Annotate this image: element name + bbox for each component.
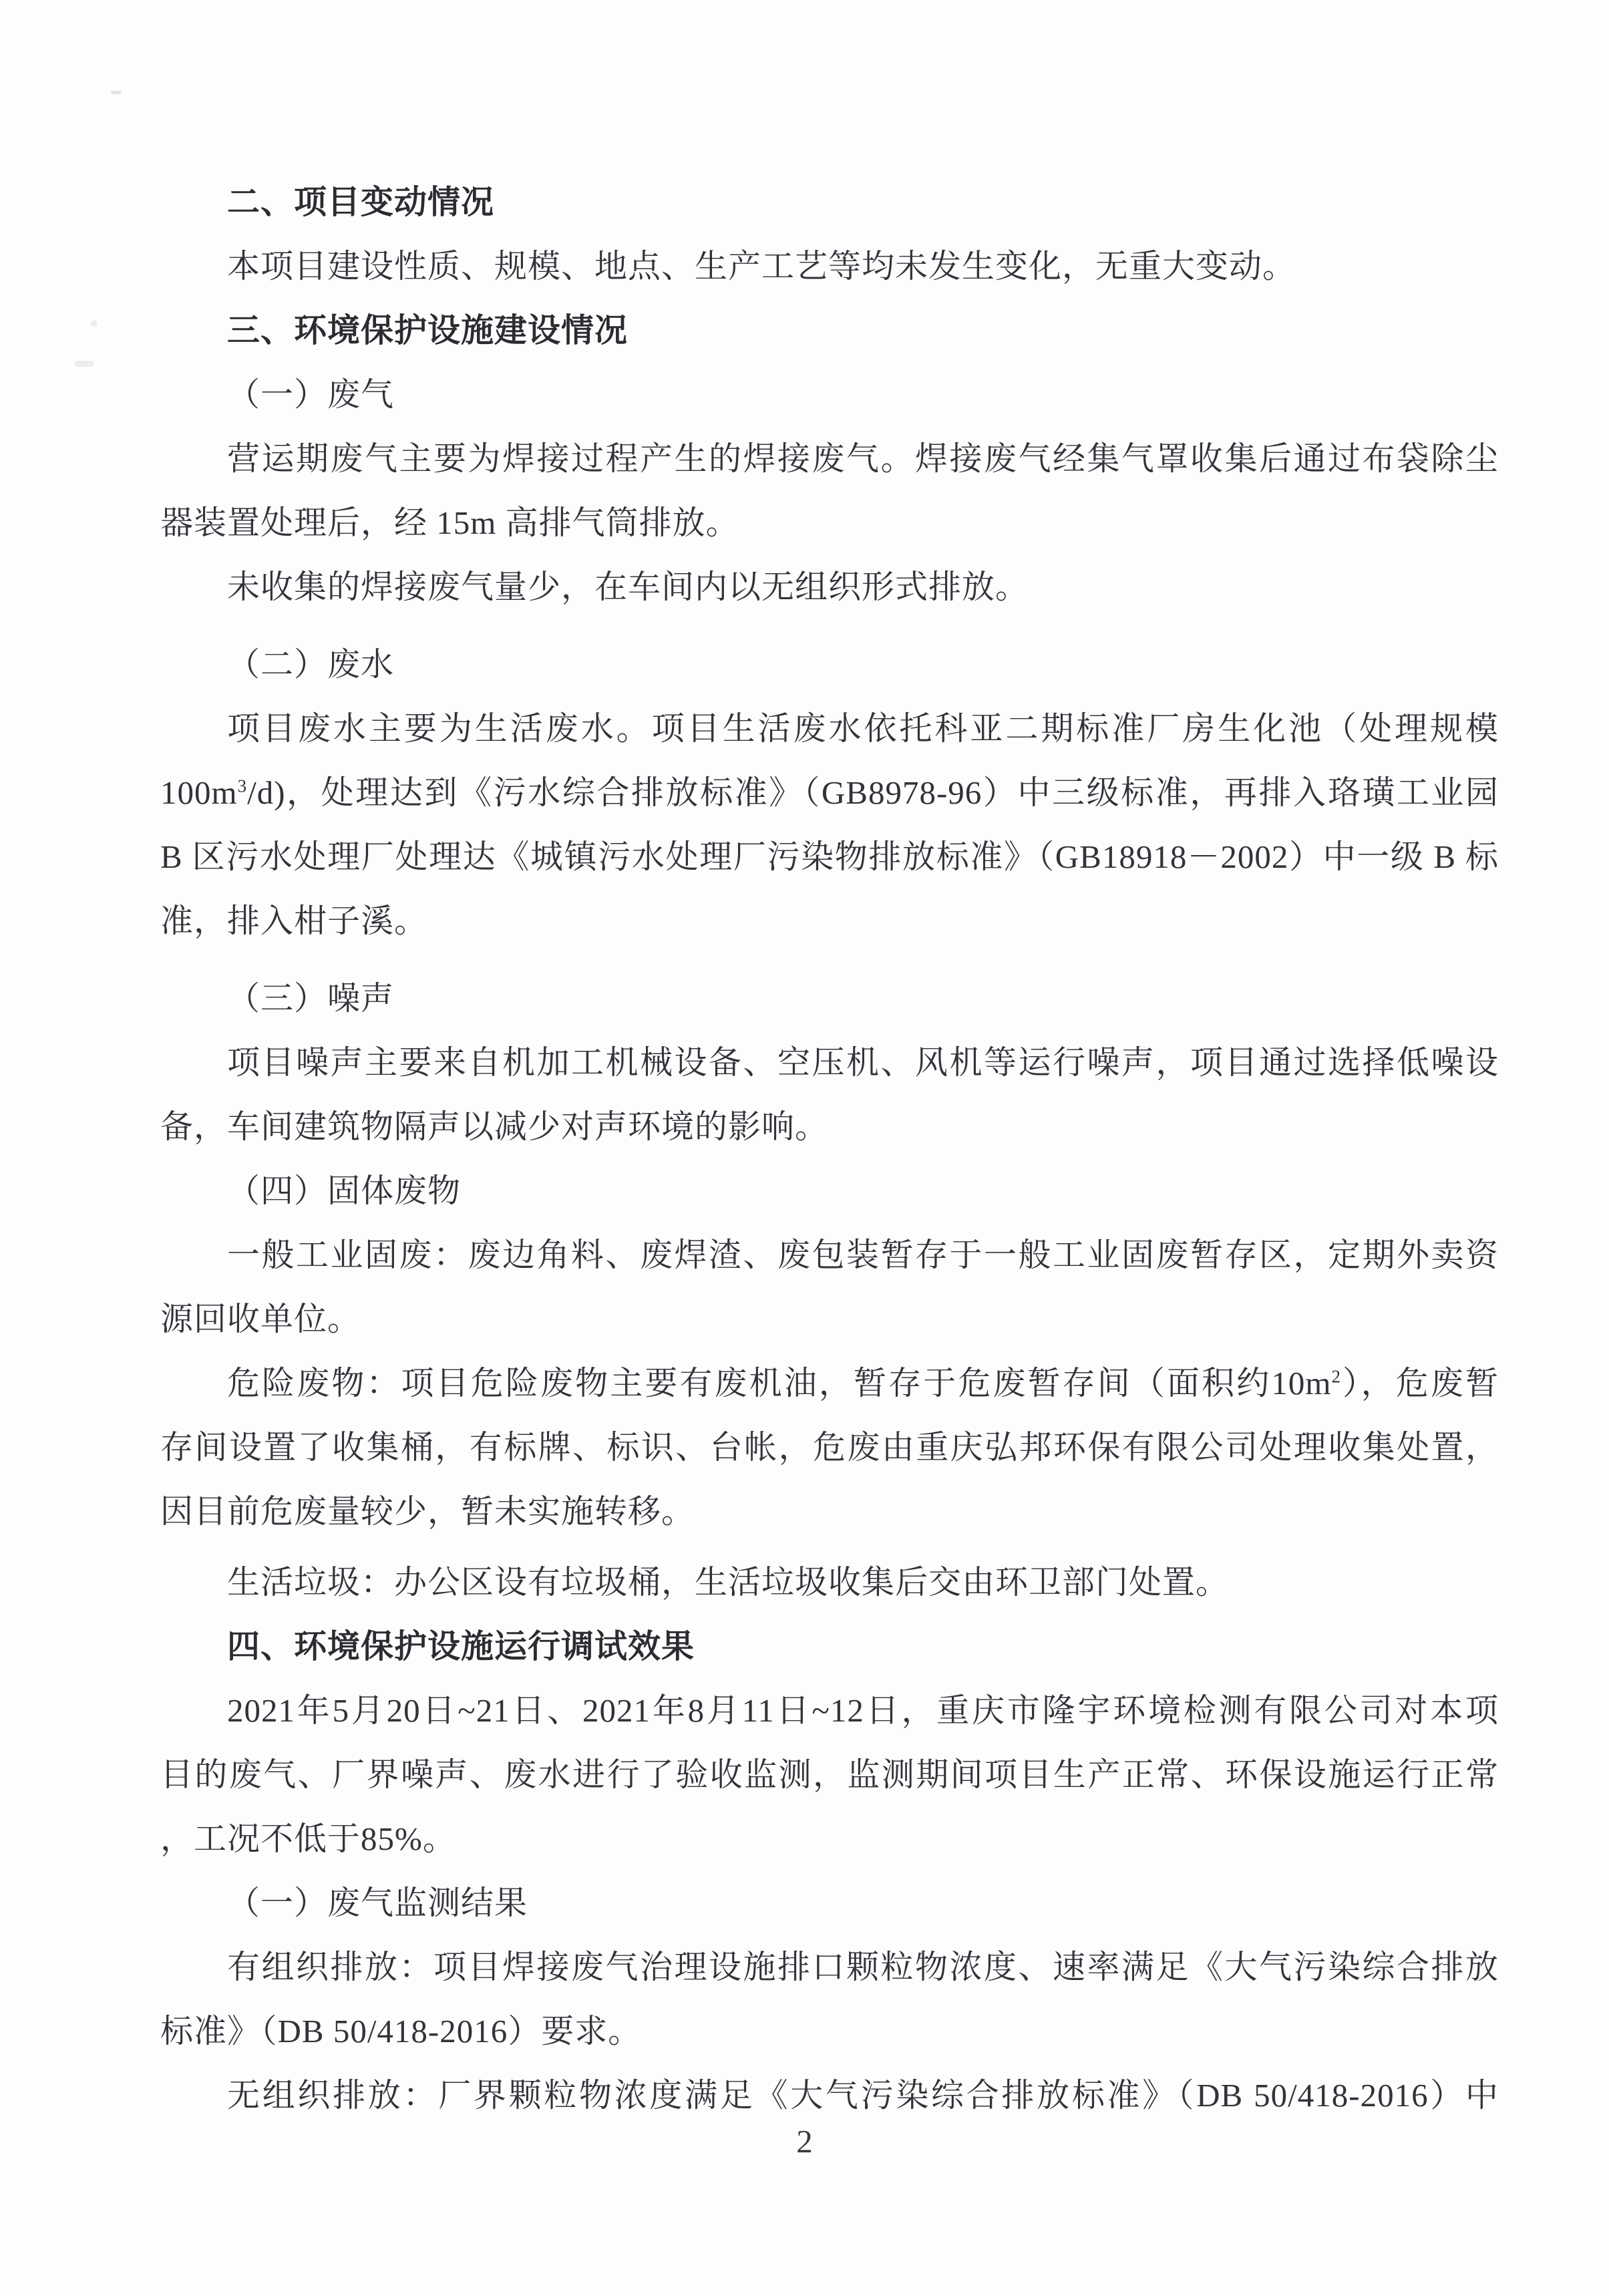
document-body: 二、项目变动情况本项目建设性质、规模、地点、生产工艺等均未发生变化，无重大变动。…	[0, 170, 1609, 2128]
paragraph-line: 项目噪声主要来自机加工机械设备、空压机、风机等运行噪声，项目通过选择低噪设	[160, 1031, 1499, 1095]
paragraph-line: 有组织排放：项目焊接废气治理设施排口颗粒物浓度、速率满足《大气污染综合排放	[160, 1935, 1499, 1999]
paragraph-line: 生活垃圾：办公区设有垃圾桶，生活垃圾收集后交由环卫部门处置。	[160, 1550, 1499, 1615]
paragraph-line: 标准》（DB 50/418-2016）要求。	[160, 1999, 1499, 2064]
section-heading-3: 三、环境保护设施建设情况	[160, 299, 1499, 363]
paragraph-line: 本项目建设性质、规模、地点、生产工艺等均未发生变化，无重大变动。	[160, 234, 1499, 299]
paragraph-line: 目的废气、厂界噪声、废水进行了验收监测，监测期间项目生产正常、环保设施运行正常	[160, 1743, 1499, 1807]
paragraph-line: 备，车间建筑物隔声以减少对声环境的影响。	[160, 1095, 1499, 1159]
subsection-heading-noise: （三）噪声	[160, 967, 1499, 1031]
paragraph-line: 准，排入柑子溪。	[160, 889, 1499, 953]
section-heading-2: 二、项目变动情况	[160, 170, 1499, 234]
subsection-heading-waste-water: （二）废水	[160, 633, 1499, 697]
subsection-heading-solid-waste: （四）固体废物	[160, 1159, 1499, 1223]
scanned-document-page: 二、项目变动情况本项目建设性质、规模、地点、生产工艺等均未发生变化，无重大变动。…	[0, 0, 1609, 2296]
paragraph-line: 100m3/d)，处理达到《污水综合排放标准》（GB8978-96）中三级标准，…	[160, 761, 1499, 825]
paragraph-line: B 区污水处理厂处理达《城镇污水处理厂污染物排放标准》（GB18918－2002…	[160, 825, 1499, 889]
page-number: 2	[0, 2110, 1609, 2174]
paragraph-line: ，工况不低于85%。	[160, 1807, 1499, 1871]
paragraph-line: 器装置处理后，经 15m 高排气筒排放。	[160, 491, 1499, 555]
paragraph-line: 危险废物：项目危险废物主要有废机油，暂存于危废暂存间（面积约10m2），危废暂	[160, 1351, 1499, 1416]
paragraph-line: 一般工业固废：废边角料、废焊渣、废包装暂存于一般工业固废暂存区，定期外卖资	[160, 1223, 1499, 1287]
section-heading-4: 四、环境保护设施运行调试效果	[160, 1615, 1499, 1679]
subsection-heading-gas-results: （一）废气监测结果	[160, 1871, 1499, 1935]
paragraph-line: 存间设置了收集桶，有标牌、标识、台帐，危废由重庆弘邦环保有限公司处理收集处置，	[160, 1416, 1499, 1480]
paragraph-line: 2021年5月20日~21日、2021年8月11日~12日，重庆市隆宇环境检测有…	[160, 1679, 1499, 1743]
scan-artifact	[111, 91, 122, 94]
subsection-heading-waste-gas: （一）废气	[160, 363, 1499, 427]
paragraph-line: 项目废水主要为生活废水。项目生活废水依托科亚二期标准厂房生化池（处理规模	[160, 697, 1499, 761]
paragraph-line: 因目前危废量较少，暂未实施转移。	[160, 1480, 1499, 1544]
paragraph-line: 源回收单位。	[160, 1287, 1499, 1351]
paragraph-line: 未收集的焊接废气量少，在车间内以无组织形式排放。	[160, 555, 1499, 619]
paragraph-line: 营运期废气主要为焊接过程产生的焊接废气。焊接废气经集气罩收集后通过布袋除尘	[160, 427, 1499, 491]
